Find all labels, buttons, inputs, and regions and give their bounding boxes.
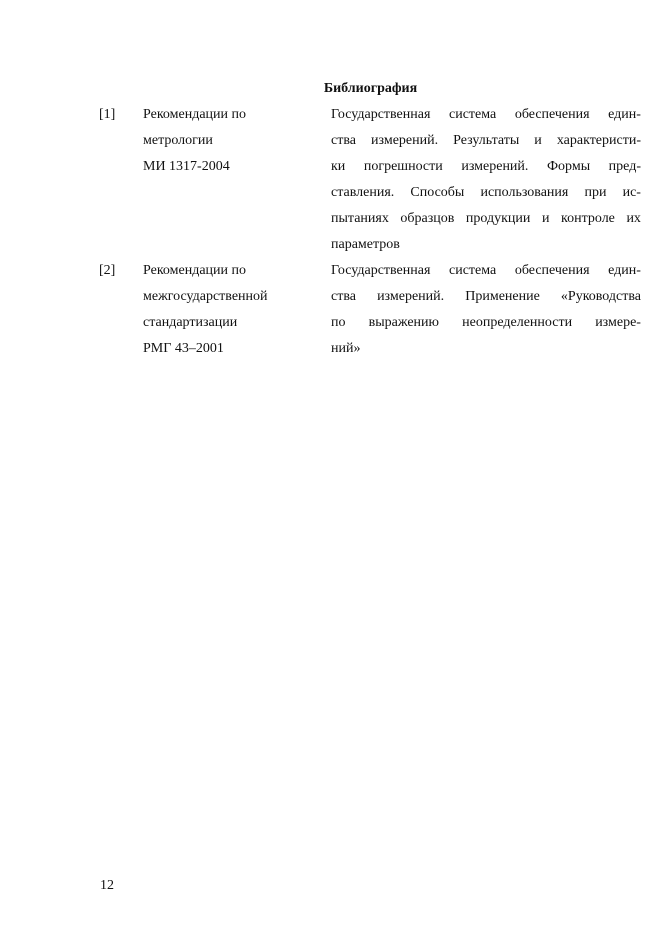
word: ства [331,128,356,154]
entry-description: Государственнаясистемаобеспеченияедин- с… [331,258,641,362]
word: система [449,102,496,128]
word: измере- [595,310,641,336]
word: Государственная [331,102,430,128]
description-line: стваизмерений.Применение«Руководства [331,284,641,310]
word: измерений. [377,284,444,310]
word: их [626,206,641,232]
word: использования [480,180,568,206]
word: и [542,206,550,232]
word: система [449,258,496,284]
description-line: Государственнаясистемаобеспеченияедин- [331,258,641,284]
word: измерений. [371,128,438,154]
word: неопределенности [462,310,572,336]
source-line: межгосударственной [143,284,323,310]
word: пытаниях [331,206,389,232]
word: ки [331,154,345,180]
source-line: метрологии [143,128,323,154]
entry-description: Государственнаясистемаобеспеченияедин- с… [331,102,641,258]
word: един- [608,258,641,284]
page-number: 12 [100,878,114,894]
description-line: кипогрешностиизмерений.Формыпред- [331,154,641,180]
entry-source: Рекомендации по метрологии МИ 1317-2004 [143,102,323,180]
word: обеспечения [515,258,590,284]
source-line: МИ 1317-2004 [143,154,323,180]
entry-number: [2] [99,258,115,284]
word: измерений. [461,154,528,180]
word: обеспечения [515,102,590,128]
word: ставления. [331,180,394,206]
source-line: Рекомендации по [143,258,323,284]
word: Способы [410,180,464,206]
word: и [534,128,542,154]
word: продукции [466,206,531,232]
description-line: пытанияхобразцовпродукциииконтролеих [331,206,641,232]
word: ства [331,284,356,310]
word: выражению [369,310,439,336]
description-line: повыражениюнеопределенностиизмере- [331,310,641,336]
word: характеристи- [557,128,641,154]
word: ис- [623,180,641,206]
entry-source: Рекомендации по межгосударственной станд… [143,258,323,362]
word: пред- [609,154,641,180]
heading-text: Библиография [324,80,417,98]
source-line: Рекомендации по [143,102,323,128]
word: по [331,310,346,336]
description-line: Государственнаясистемаобеспеченияедин- [331,102,641,128]
source-line: РМГ 43–2001 [143,336,323,362]
description-line: ний» [331,336,641,362]
word: Результаты [453,128,519,154]
entry-number: [1] [99,102,115,128]
bibliography-heading: Библиография [0,80,661,98]
word: образцов [400,206,454,232]
description-line: стваизмерений.Результатыихарактеристи- [331,128,641,154]
description-line: параметров [331,232,641,258]
description-line: ставления.Способыиспользованияприис- [331,180,641,206]
source-line: стандартизации [143,310,323,336]
word: Государственная [331,258,430,284]
word: «Руководства [561,284,641,310]
word: контроле [561,206,615,232]
word: Формы [547,154,590,180]
word: погрешности [364,154,443,180]
word: един- [608,102,641,128]
word: при [584,180,606,206]
word: Применение [465,284,540,310]
